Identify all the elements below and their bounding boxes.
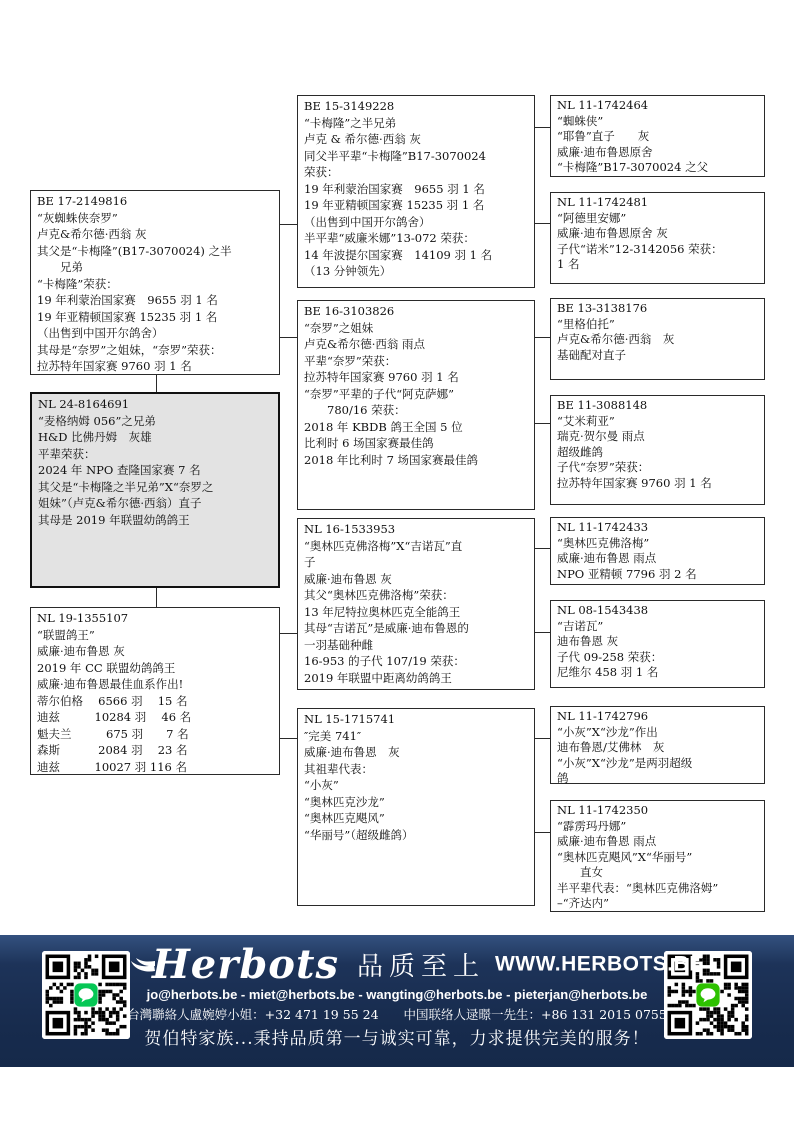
- pedigree-line: 荣获：: [304, 164, 528, 181]
- connector-line: [535, 738, 550, 739]
- pedigree-line: 威廉·迪布鲁恩 灰: [37, 643, 273, 660]
- pedigree-box-nl-11-1742796: NL 11-1742796“小灰”X“沙龙”作出迪布鲁恩/艾佛林 灰“小灰”X“…: [550, 706, 765, 784]
- pedigree-line: 1 名: [557, 257, 758, 273]
- ring-number: NL 11-1742796: [557, 709, 758, 725]
- pedigree-box-nl-16-1533953: NL 16-1533953“奥林匹克佛洛梅”X“吉诺瓦”直子威廉·迪布鲁恩 灰其…: [297, 518, 535, 690]
- pedigree-line: 其母是“奈罗”之姐妹，“奈罗”荣获：: [37, 342, 273, 359]
- pedigree-line: 森斯 2084 羽 23 名: [37, 742, 273, 759]
- pedigree-box-nl-11-1742433: NL 11-1742433“奥林匹克佛洛梅”威廉·迪布鲁恩 雨点NPO 亚精顿 …: [550, 517, 765, 585]
- footer-website: WWW.HERBOTS.BE: [495, 953, 704, 976]
- pedigree-line: “卡梅隆”之半兄弟: [304, 115, 528, 132]
- pedigree-line: “蜘蛛侠”: [557, 114, 758, 130]
- pedigree-line: 平辈“奈罗”荣获：: [304, 353, 528, 370]
- ring-number: BE 16-3103826: [304, 303, 528, 320]
- footer-slogan: 贺伯特家族...秉持品质第一与诚实可靠，力求提供完美的服务！: [130, 1024, 664, 1049]
- pedigree-line: 半平辈代表：“奥林匹克佛洛姆”: [557, 881, 758, 897]
- pedigree-line: “霹雳玛丹娜”: [557, 819, 758, 835]
- pedigree-line: 威廉·迪布鲁恩原舍 灰: [557, 226, 758, 242]
- ring-number: NL 15-1715741: [304, 711, 528, 728]
- connector-line: [535, 423, 550, 424]
- pedigree-line: 其父“奥林匹克佛洛梅”荣获：: [304, 587, 528, 604]
- pedigree-line: “卡梅隆”荣获：: [37, 276, 273, 293]
- pedigree-line: 2019 年联盟中距离幼鸽鸽王: [304, 670, 528, 687]
- pedigree-line: “小灰”: [304, 777, 528, 794]
- pedigree-box-be-11-3088148: BE 11-3088148“艾米莉亚”瑞克·贺尔曼 雨点超级雌鸽子代“奈罗”荣获…: [550, 395, 765, 505]
- pedigree-line: 子代“诺米”12-3142056 荣获：: [557, 242, 758, 258]
- pedigree-box-nl-11-1742464: NL 11-1742464“蜘蛛侠”“耶鲁”直子 灰威廉·迪布鲁恩原舍“卡梅隆”…: [550, 95, 765, 177]
- pedigree-line: “奥林匹克飓风”X“华丽号”: [557, 850, 758, 866]
- connector-line: [535, 832, 550, 833]
- connector-line: [280, 738, 297, 739]
- connector-line: [535, 223, 550, 224]
- pedigree-line: 直女: [557, 865, 758, 881]
- pedigree-line: 威廉·迪布鲁恩 雨点: [557, 551, 758, 567]
- pedigree-line: 其祖辈代表：: [304, 761, 528, 778]
- pedigree-box-be-17-2149816: BE 17-2149816“灰蜘蛛侠奈罗”卢克&希尔德·西翁 灰其父是“卡梅隆”…: [30, 190, 280, 375]
- ring-number: NL 11-1742433: [557, 520, 758, 536]
- pedigree-line: 半平辈“威廉米娜”13-072 荣获：: [304, 230, 528, 247]
- pedigree-line: 平辈荣获：: [38, 446, 272, 463]
- pedigree-line: 2019 年 CC 联盟幼鸽鸽王: [37, 660, 273, 677]
- pedigree-line: 卢克&希尔德·西翁 雨点: [304, 336, 528, 353]
- pedigree-line: 鸽: [557, 771, 758, 787]
- pedigree-line: 威廉·迪布鲁恩最佳血系作出!: [37, 676, 273, 693]
- pedigree-line: 迪布鲁恩/艾佛林 灰: [557, 740, 758, 756]
- ring-number: BE 13-3138176: [557, 301, 758, 317]
- pedigree-line: “麦格纳姆 056”之兄弟: [38, 413, 272, 430]
- footer-emails: jo@herbots.be - miet@herbots.be - wangti…: [130, 987, 664, 1002]
- herbots-logo: Herbots: [152, 941, 339, 988]
- pedigree-box-nl-15-1715741: NL 15-1715741″完美 741″威廉·迪布鲁恩 灰其祖辈代表：“小灰”…: [297, 708, 535, 906]
- pedigree-line: “奥林匹克沙龙”: [304, 794, 528, 811]
- ring-number: NL 11-1742464: [557, 98, 758, 114]
- pedigree-line: “小灰”X“沙龙”作出: [557, 725, 758, 741]
- pedigree-line: “奈罗”平辈的子代“阿克萨娜”: [304, 386, 528, 403]
- pedigree-line: 其母“吉诺瓦”是威廉·迪布鲁恩的: [304, 620, 528, 637]
- footer-tagline: 品质至上: [357, 952, 485, 982]
- pedigree-line: 同父半平辈“卡梅隆”B17-3070024: [304, 148, 528, 165]
- pedigree-line: 卢克&希尔德·西翁 灰: [37, 226, 273, 243]
- pedigree-line: 拉苏特年国家赛 9760 羽 1 名: [304, 369, 528, 386]
- pedigree-box-nl-11-1742350: NL 11-1742350“霹雳玛丹娜”威廉·迪布鲁恩 雨点“奥林匹克飓风”X“…: [550, 800, 765, 912]
- ring-number: NL 11-1742350: [557, 803, 758, 819]
- pedigree-line: “奥林匹克佛洛梅”: [557, 536, 758, 552]
- connector-line: [156, 375, 157, 392]
- ring-number: BE 11-3088148: [557, 398, 758, 414]
- pedigree-line: 威廉·迪布鲁恩 灰: [304, 571, 528, 588]
- ring-number: BE 17-2149816: [37, 193, 273, 210]
- pedigree-line: 2024 年 NPO 查隆国家赛 7 名: [38, 462, 272, 479]
- pedigree-line: 卢克&希尔德·西翁 灰: [557, 332, 758, 348]
- pedigree-line: （出售到中国开尔鸽舍）: [304, 214, 528, 231]
- pedigree-line: 迪兹 10027 羽 116 名: [37, 759, 273, 776]
- pedigree-line: 13 年尼特拉奥林匹克全能鸽王: [304, 604, 528, 621]
- pedigree-box-nl-19-1355107: NL 19-1355107“联盟鸽王”威廉·迪布鲁恩 灰2019 年 CC 联盟…: [30, 607, 280, 775]
- pedigree-line: 姐妹”（卢克&希尔德·西翁）直子: [38, 495, 272, 512]
- connector-line: [535, 337, 550, 338]
- pedigree-line: –“齐达内”: [557, 896, 758, 912]
- pedigree-line: “奈罗”之姐妹: [304, 320, 528, 337]
- pedigree-line: 19 年利蒙治国家赛 9655 羽 1 名: [37, 292, 273, 309]
- pedigree-line: 16-953 的子代 107/19 荣获：: [304, 653, 528, 670]
- pedigree-box-nl-24-8164691: NL 24-8164691“麦格纳姆 056”之兄弟H&D 比佛丹姆 灰雄平辈荣…: [30, 392, 280, 588]
- pedigree-line: “奥林匹克飓风”: [304, 810, 528, 827]
- connector-line: [280, 337, 297, 338]
- pedigree-line: 基础配对直子: [557, 348, 758, 364]
- pedigree-line: 14 年波提尔国家赛 14109 羽 1 名: [304, 247, 528, 264]
- pedigree-line: “华丽号”（超级雌鸽）: [304, 827, 528, 844]
- line-qr-code: [42, 951, 130, 1039]
- pedigree-line: 19 年亚精顿国家赛 15235 羽 1 名: [37, 309, 273, 326]
- connector-line: [535, 127, 550, 128]
- pedigree-line: ″完美 741″: [304, 728, 528, 745]
- pedigree-line: “里格伯托”: [557, 317, 758, 333]
- pedigree-line: “卡梅隆”B17-3070024 之父: [557, 160, 758, 176]
- pedigree-line: 卢克 & 希尔德·西翁 灰: [304, 131, 528, 148]
- pedigree-line: 瑞克·贺尔曼 雨点: [557, 429, 758, 445]
- pedigree-line: 2018 年 KBDB 鸽王全国 5 位: [304, 419, 528, 436]
- footer-center: Herbots品质至上WWW.HERBOTS.BE jo@herbots.be …: [130, 935, 664, 1067]
- pedigree-line: “艾米莉亚”: [557, 414, 758, 430]
- connector-line: [280, 224, 297, 225]
- pedigree-line: 19 年亚精顿国家赛 15235 羽 1 名: [304, 197, 528, 214]
- ring-number: NL 19-1355107: [37, 610, 273, 627]
- pedigree-line: 其父是“卡梅隆”(B17-3070024) 之半: [37, 243, 273, 260]
- pedigree-line: “吉诺瓦”: [557, 619, 758, 635]
- pedigree-line: “联盟鸽王”: [37, 627, 273, 644]
- pedigree-line: “耶鲁”直子 灰: [557, 129, 758, 145]
- pedigree-line: 780/16 荣获：: [304, 402, 528, 419]
- pedigree-line: 子代“奈罗”荣获：: [557, 460, 758, 476]
- wechat-icon: [696, 983, 719, 1006]
- pedigree-line: （13 分钟领先）: [304, 263, 528, 280]
- logo-row: Herbots品质至上WWW.HERBOTS.BE: [130, 941, 664, 985]
- line-app-icon: [74, 983, 97, 1006]
- pedigree-line: 兄弟: [37, 259, 273, 276]
- pedigree-line: 迪布鲁恩 灰: [557, 634, 758, 650]
- pedigree-line: H&D 比佛丹姆 灰雄: [38, 429, 272, 446]
- connector-line: [535, 548, 550, 549]
- pedigree-line: 威廉·迪布鲁恩原舍: [557, 145, 758, 161]
- ring-number: NL 16-1533953: [304, 521, 528, 538]
- pedigree-line: 超级雌鸽: [557, 445, 758, 461]
- connector-line: [535, 632, 550, 633]
- pedigree-line: 19 年利蒙治国家赛 9655 羽 1 名: [304, 181, 528, 198]
- pedigree-line: “奥林匹克佛洛梅”X“吉诺瓦”直: [304, 538, 528, 555]
- pedigree-box-be-15-3149228: BE 15-3149228“卡梅隆”之半兄弟卢克 & 希尔德·西翁 灰同父半平辈…: [297, 95, 535, 288]
- footer-banner: Herbots品质至上WWW.HERBOTS.BE jo@herbots.be …: [0, 935, 794, 1067]
- ring-number: NL 08-1543438: [557, 603, 758, 619]
- pedigree-line: “小灰”X“沙龙”是两羽超级: [557, 756, 758, 772]
- ring-number: NL 24-8164691: [38, 396, 272, 413]
- pedigree-line: 拉苏特年国家赛 9760 羽 1 名: [557, 476, 758, 492]
- pedigree-line: 一羽基础种雌: [304, 637, 528, 654]
- pedigree-line: 迪兹 10284 羽 46 名: [37, 709, 273, 726]
- pedigree-box-be-13-3138176: BE 13-3138176“里格伯托”卢克&希尔德·西翁 灰基础配对直子: [550, 298, 765, 380]
- footer-contacts: 台灣聯絡人盧婉婷小姐：+32 471 19 55 24 中国联络人逯暻一先生：+…: [110, 1005, 684, 1023]
- pedigree-line: 魁夫兰 675 羽 7 名: [37, 726, 273, 743]
- pedigree-line: 拉苏特年国家赛 9760 羽 1 名: [37, 358, 273, 375]
- pedigree-line: “阿德里安娜”: [557, 211, 758, 227]
- pedigree-box-nl-11-1742481: NL 11-1742481“阿德里安娜”威廉·迪布鲁恩原舍 灰子代“诺米”12-…: [550, 192, 765, 284]
- pedigree-line: 比利时 6 场国家赛最佳鸽: [304, 435, 528, 452]
- pedigree-line: 尼维尔 458 羽 1 名: [557, 665, 758, 681]
- pedigree-line: 其父是“卡梅隆之半兄弟”X“奈罗之: [38, 479, 272, 496]
- pedigree-line: 蒂尔伯格 6566 羽 15 名: [37, 693, 273, 710]
- pedigree-page: BE 17-2149816“灰蜘蛛侠奈罗”卢克&希尔德·西翁 灰其父是“卡梅隆”…: [0, 0, 794, 1123]
- ring-number: NL 11-1742481: [557, 195, 758, 211]
- pedigree-box-nl-08-1543438: NL 08-1543438“吉诺瓦”迪布鲁恩 灰子代 09-258 荣获：尼维尔…: [550, 600, 765, 688]
- connector-line: [280, 633, 297, 634]
- ring-number: BE 15-3149228: [304, 98, 528, 115]
- pedigree-line: 威廉·迪布鲁恩 雨点: [557, 834, 758, 850]
- pedigree-line: NPO 亚精顿 7796 羽 2 名: [557, 567, 758, 583]
- pedigree-box-be-16-3103826: BE 16-3103826“奈罗”之姐妹卢克&希尔德·西翁 雨点平辈“奈罗”荣获…: [297, 300, 535, 510]
- pedigree-line: 子: [304, 554, 528, 571]
- pedigree-line: 子代 09-258 荣获：: [557, 650, 758, 666]
- pedigree-line: “灰蜘蛛侠奈罗”: [37, 210, 273, 227]
- pedigree-line: 2018 年比利时 7 场国家赛最佳鸽: [304, 452, 528, 469]
- pedigree-line: （出售到中国开尔鸽舍）: [37, 325, 273, 342]
- pedigree-line: 其母是 2019 年联盟幼鸽鸽王: [38, 512, 272, 529]
- connector-line: [156, 588, 157, 607]
- pedigree-line: 威廉·迪布鲁恩 灰: [304, 744, 528, 761]
